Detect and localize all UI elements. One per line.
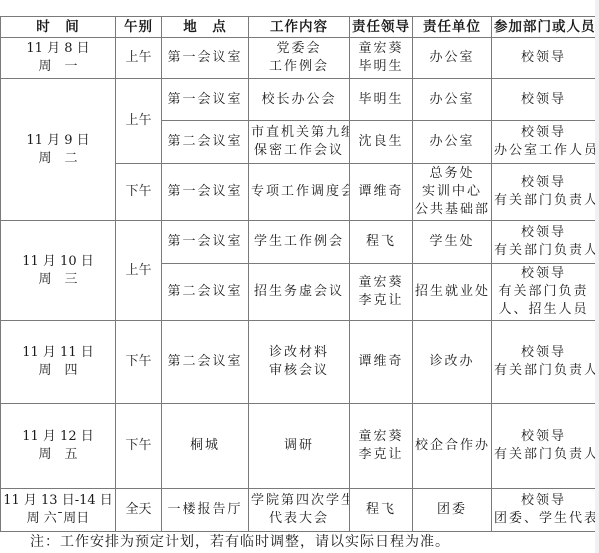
header-time: 时 间 [1,17,116,38]
table-row: 11 月 12 日 周 五 下午 桐城 调研 童宏葵 李克让 校企合作办 校领导… [1,404,596,489]
page-edge [595,0,599,553]
content-line: 诊改材料 [251,344,347,362]
attendee-line: 校领导 [494,265,593,283]
content-cell: 校长办公会 [249,79,350,121]
unit-line: 公共基础部 [415,201,489,219]
location-cell: 第一会议室 [162,164,249,221]
unit-line: 实训中心 [415,183,489,201]
leader-name: 毕明生 [352,58,410,76]
leader-cell: 童宏葵 李克让 [350,404,413,489]
content-cell: 专项工作调度会 [249,164,350,221]
unit-cell: 办公室 [413,121,492,164]
attendee-line: 有关部门负责人 [494,242,593,260]
attendee-line: 有关部门负责人 [494,446,593,464]
content-cell: 调研 [249,404,350,489]
content-line: 保密工作会议 [251,142,347,160]
content-cell: 招生务虚会议 [249,264,350,321]
period-cell: 下午 [116,404,162,489]
content-cell: 学生工作例会 [249,221,350,264]
attendees-cell: 校领导 有关部门负责人 [492,404,596,489]
leader-name: 童宏葵 [352,40,410,58]
unit-cell: 诊改办 [413,321,492,404]
header-content: 工作内容 [249,17,350,38]
location-cell: 第二会议室 [162,121,249,164]
attendees-cell: 校领导 有关部门负责人 [492,164,596,221]
weekday-text: 周 一 [3,58,113,76]
unit-cell: 总务处 实训中心 公共基础部 [413,164,492,221]
location-cell: 第二会议室 [162,321,249,404]
date-cell: 11 月 13 日-14 日 周 六¯周日 [1,489,116,532]
content-cell: 市直机关第九组 保密工作会议 [249,121,350,164]
content-cell: 党委会 工作例会 [249,38,350,79]
attendee-line: 人、招生人员 [494,301,593,319]
table-row: 11 月 11 日 周 四 下午 第二会议室 诊改材料 审核会议 谭维奇 诊改办… [1,321,596,404]
attendee-line: 有关部门负责人 [494,362,593,380]
attendees-cell: 校领导 [492,79,596,121]
weekday-text: 周 五 [3,446,113,464]
period-cell: 上午 [116,38,162,79]
attendee-line: 校领导 [494,174,593,192]
unit-cell: 学生处 [413,221,492,264]
date-text: 11 月 8 日 [3,40,113,58]
leader-cell: 沈良生 [350,121,413,164]
unit-cell: 办公室 [413,79,492,121]
leader-cell: 毕明生 [350,79,413,121]
content-line: 工作例会 [251,58,347,76]
attendees-cell: 校领导 有关部门负责人 [492,321,596,404]
location-cell: 第一会议室 [162,221,249,264]
table-row: 11 月 13 日-14 日 周 六¯周日 全天 一楼报告厅 学院第四次学生 代… [1,489,596,532]
leader-name: 童宏葵 [352,428,410,446]
leader-cell: 童宏葵 毕明生 [350,38,413,79]
table-row: 11 月 9 日 周 二 上午 第一会议室 校长办公会 毕明生 办公室 校领导 [1,79,596,121]
header-period: 午别 [116,17,162,38]
attendee-line: 校领导 [494,492,593,510]
attendees-cell: 校领导 有关部门负责人 [492,221,596,264]
weekday-text: 周 三 [3,271,113,289]
header-location: 地 点 [162,17,249,38]
content-line: 市直机关第九组 [251,124,347,142]
table-row: 11 月 8 日 周 一 上午 第一会议室 党委会 工作例会 童宏葵 毕明生 办… [1,38,596,79]
weekday-text: 周 四 [3,362,113,380]
weekly-schedule-table: 时 间 午别 地 点 工作内容 责任领导 责任单位 参加部门或人员 11 月 8… [0,16,596,532]
attendees-cell: 校领导 团委、学生代表 [492,489,596,532]
attendee-line: 办公室工作人员 [494,142,593,160]
date-cell: 11 月 9 日 周 二 [1,79,116,221]
content-cell: 学院第四次学生 代表大会 [249,489,350,532]
content-line: 学院第四次学生 [251,492,347,510]
unit-cell: 团委 [413,489,492,532]
content-line: 审核会议 [251,362,347,380]
attendees-cell: 校领导 [492,38,596,79]
date-text: 11 月 12 日 [3,428,113,446]
period-cell: 全天 [116,489,162,532]
header-row: 时 间 午别 地 点 工作内容 责任领导 责任单位 参加部门或人员 [1,17,596,38]
attendee-line: 校领导 [494,428,593,446]
period-cell: 下午 [116,164,162,221]
attendees-cell: 校领导 有关部门负责 人、招生人员 [492,264,596,321]
date-cell: 11 月 10 日 周 三 [1,221,116,321]
period-cell: 下午 [116,321,162,404]
leader-name: 李克让 [352,446,410,464]
header-unit: 责任单位 [413,17,492,38]
content-line: 党委会 [251,40,347,58]
leader-cell: 谭维奇 [350,321,413,404]
attendee-line: 团委、学生代表 [494,510,593,528]
location-cell: 桐城 [162,404,249,489]
content-cell: 诊改材料 审核会议 [249,321,350,404]
header-attendees: 参加部门或人员 [492,17,596,38]
unit-cell: 校企合作办 [413,404,492,489]
date-cell: 11 月 12 日 周 五 [1,404,116,489]
unit-cell: 办公室 [413,38,492,79]
date-cell: 11 月 11 日 周 四 [1,321,116,404]
schedule-page: 时 间 午别 地 点 工作内容 责任领导 责任单位 参加部门或人员 11 月 8… [0,0,599,553]
leader-cell: 谭维奇 [350,164,413,221]
location-cell: 第一会议室 [162,79,249,121]
weekday-text: 周 六¯周日 [3,510,113,528]
attendee-line: 校领导 [494,124,593,142]
table-row: 11 月 10 日 周 三 上午 第一会议室 学生工作例会 程飞 学生处 校领导… [1,221,596,264]
leader-cell: 程飞 [350,221,413,264]
header-leader: 责任领导 [350,17,413,38]
attendees-cell: 校领导 办公室工作人员 [492,121,596,164]
leader-cell: 童宏葵 李克让 [350,264,413,321]
date-cell: 11 月 8 日 周 一 [1,38,116,79]
leader-cell: 程飞 [350,489,413,532]
location-cell: 第一会议室 [162,38,249,79]
date-text: 11 月 9 日 [3,132,113,150]
leader-name: 李克让 [352,292,410,310]
period-cell: 上午 [116,79,162,164]
footnote: 注：工作安排为预定计划，若有临时调整，请以实际日程为准。 [30,532,590,552]
attendee-line: 校领导 [494,344,593,362]
content-line: 代表大会 [251,510,347,528]
date-text: 11 月 10 日 [3,253,113,271]
attendee-line: 有关部门负责 [494,283,593,301]
attendee-line: 有关部门负责人 [494,192,593,210]
attendee-line: 校领导 [494,224,593,242]
leader-name: 童宏葵 [352,274,410,292]
location-cell: 一楼报告厅 [162,489,249,532]
unit-line: 总务处 [415,165,489,183]
location-cell: 第二会议室 [162,264,249,321]
weekday-text: 周 二 [3,150,113,168]
period-cell: 上午 [116,221,162,321]
date-text: 11 月 13 日-14 日 [3,492,113,510]
date-text: 11 月 11 日 [3,344,113,362]
unit-cell: 招生就业处 [413,264,492,321]
